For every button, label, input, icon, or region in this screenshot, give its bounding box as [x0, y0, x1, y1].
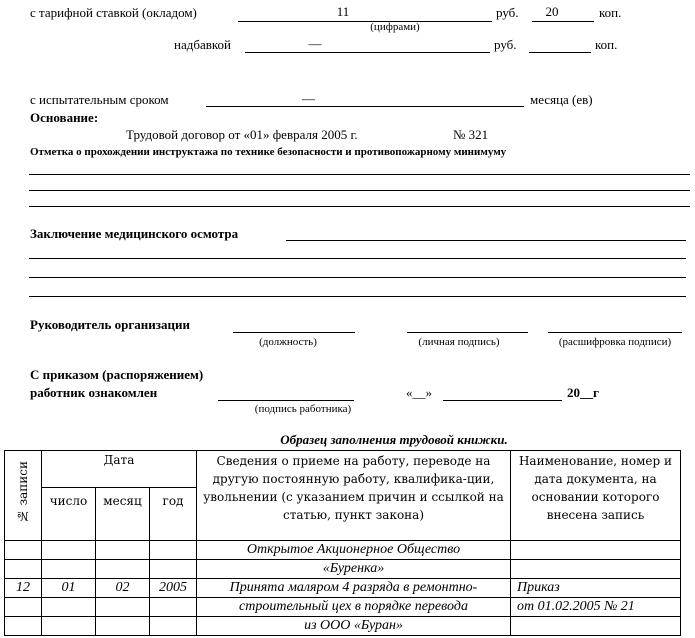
head-caption-signature: (личная подпись) [404, 336, 514, 348]
bonus-rub-label: руб. [494, 37, 517, 53]
cell-doc [511, 560, 681, 579]
cell-month: 02 [96, 579, 150, 598]
cell-day [42, 560, 96, 579]
head-name-line[interactable] [548, 332, 682, 333]
bonus-label: надбавкой [174, 37, 231, 53]
table-row: 12 01 02 2005 Принята маляром 4 разряда … [5, 579, 681, 598]
cell-num [5, 598, 42, 617]
basis-number: № 321 [453, 127, 488, 143]
table-row: «Буренка» [5, 560, 681, 579]
header-year: год [150, 488, 197, 541]
header-info: Сведения о приеме на работу, переводе на… [197, 451, 511, 541]
employee-signature-line[interactable] [218, 400, 354, 401]
cell-year [150, 617, 197, 636]
header-num: № записи [5, 451, 42, 541]
cell-num [5, 541, 42, 560]
cell-doc: Приказ [511, 579, 681, 598]
basis-text: Трудовой договор от «01» февраля 2005 г. [126, 127, 358, 143]
date-month-line[interactable] [443, 400, 562, 401]
cell-doc [511, 617, 681, 636]
medical-label: Заключение медицинского осмотра [30, 226, 238, 242]
header-day: число [42, 488, 96, 541]
cell-day [42, 617, 96, 636]
cell-num [5, 560, 42, 579]
salary-kop-label: коп. [599, 5, 621, 21]
cell-year [150, 560, 197, 579]
header-date: Дата [42, 451, 197, 488]
salary-kop-field[interactable]: 20 [532, 4, 572, 20]
medical-line-1[interactable] [29, 258, 686, 259]
table-row: Открытое Акционерное Общество [5, 541, 681, 560]
table-row: строительный цех в порядке перевода от 0… [5, 598, 681, 617]
salary-caption: (цифрами) [340, 21, 450, 33]
table-row: из ООО «Буран» [5, 617, 681, 636]
cell-info: Открытое Акционерное Общество [197, 541, 511, 560]
cell-doc [511, 541, 681, 560]
head-caption-name: (расшифровка подписи) [545, 336, 685, 348]
cell-month [96, 560, 150, 579]
cell-year [150, 541, 197, 560]
header-month: месяц [96, 488, 150, 541]
medical-line-0[interactable] [286, 240, 686, 241]
salary-rub-field[interactable]: 11 [238, 4, 448, 20]
employee-signature-caption: (подпись работника) [233, 403, 373, 415]
workbook-table: № записи Дата Сведения о приеме на работ… [4, 450, 681, 636]
cell-day [42, 541, 96, 560]
medical-line-3[interactable] [29, 296, 686, 297]
basis-label: Основание: [30, 110, 98, 126]
probation-unit: месяца (ев) [530, 92, 593, 108]
cell-info: строительный цех в порядке перевода [197, 598, 511, 617]
header-doc: Наименование, номер и дата документа, на… [511, 451, 681, 541]
head-position-line[interactable] [233, 332, 355, 333]
briefing-label: Отметка о прохождении инструктажа по тех… [30, 146, 506, 158]
cell-month [96, 617, 150, 636]
probation-label: с испытательным сроком [30, 92, 169, 108]
date-year-field[interactable]: 20__г [567, 385, 599, 401]
probation-field[interactable]: — [206, 91, 411, 107]
cell-num: 12 [5, 579, 42, 598]
medical-line-2[interactable] [29, 277, 686, 278]
cell-month [96, 541, 150, 560]
cell-day [42, 598, 96, 617]
cell-info: Принята маляром 4 разряда в ремонтно- [197, 579, 511, 598]
cell-year [150, 598, 197, 617]
cell-num [5, 617, 42, 636]
briefing-line-3[interactable] [29, 206, 690, 207]
acquainted-line2: работник ознакомлен [30, 385, 157, 401]
bonus-kop-label: коп. [595, 37, 617, 53]
bonus-rub-field[interactable]: — [245, 36, 385, 52]
salary-label: с тарифной ставкой (окладом) [30, 5, 197, 21]
head-label: Руководитель организации [30, 317, 190, 333]
bonus-kop-line [529, 52, 591, 53]
briefing-line-1[interactable] [29, 174, 690, 175]
briefing-line-2[interactable] [29, 190, 690, 191]
cell-day: 01 [42, 579, 96, 598]
acquainted-line1: С приказом (распоряжением) [30, 367, 203, 383]
bonus-rub-line [245, 52, 490, 53]
head-caption-position: (должность) [233, 336, 343, 348]
cell-doc: от 01.02.2005 № 21 [511, 598, 681, 617]
date-day-field[interactable]: «__» [406, 385, 432, 401]
head-signature-line[interactable] [407, 332, 528, 333]
sample-title: Образец заполнения трудовой книжки. [0, 432, 695, 448]
cell-year: 2005 [150, 579, 197, 598]
cell-info: из ООО «Буран» [197, 617, 511, 636]
cell-month [96, 598, 150, 617]
cell-info: «Буренка» [197, 560, 511, 579]
salary-kop-line [532, 21, 594, 22]
salary-rub-label: руб. [496, 5, 519, 21]
